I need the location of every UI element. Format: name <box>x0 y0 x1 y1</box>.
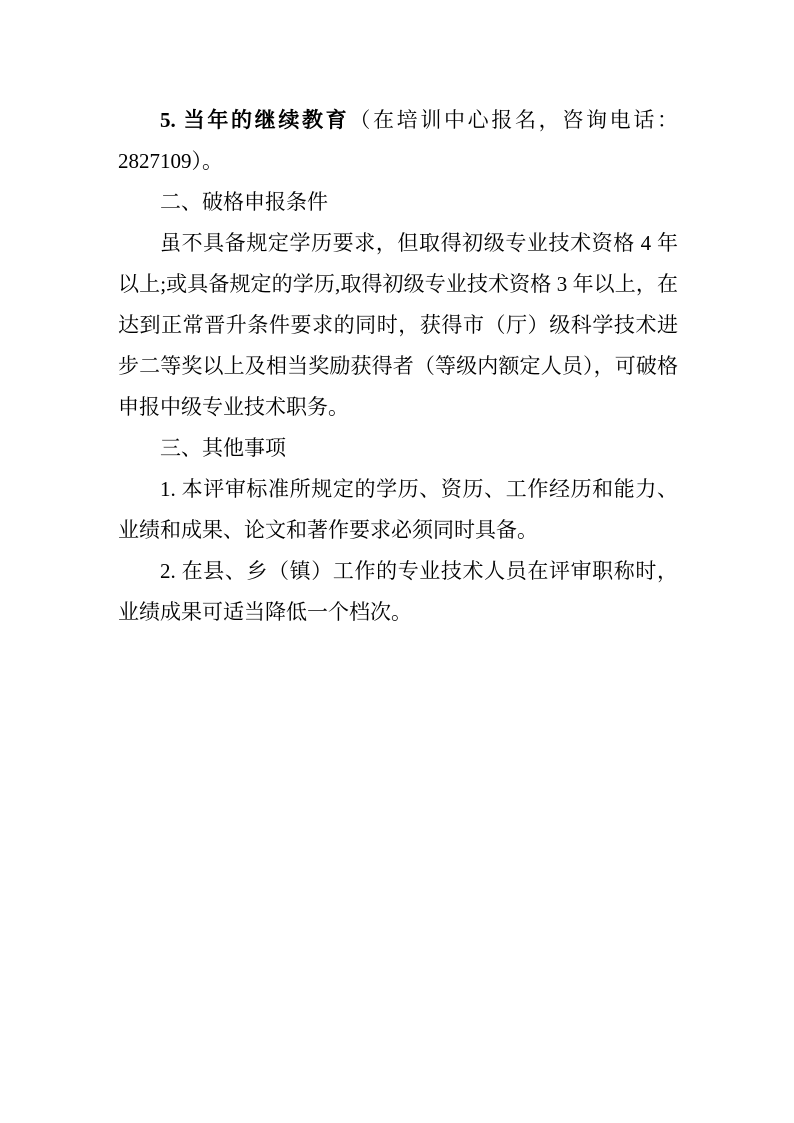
document-content: 5. 当年的继续教育（在培训中心报名，咨询电话：2827109）。 二、破格申报… <box>118 100 678 633</box>
section3-heading: 三、其他事项 <box>118 428 678 469</box>
paragraph-item5: 5. 当年的继续教育（在培训中心报名，咨询电话：2827109）。 <box>118 100 678 182</box>
section3-item2-paragraph: 2. 在县、乡（镇）工作的专业技术人员在评审职称时，业绩成果可适当降低一个档次。 <box>118 551 678 633</box>
document-page: 5. 当年的继续教育（在培训中心报名，咨询电话：2827109）。 二、破格申报… <box>0 0 794 1123</box>
section3-item1-paragraph: 1. 本评审标准所规定的学历、资历、工作经历和能力、业绩和成果、论文和著作要求必… <box>118 469 678 551</box>
section2-body-paragraph: 虽不具备规定学历要求，但取得初级专业技术资格 4 年以上;或具备规定的学历,取得… <box>118 223 678 428</box>
section2-heading: 二、破格申报条件 <box>118 182 678 223</box>
item5-lead-text: 5. 当年的继续教育 <box>160 108 349 132</box>
